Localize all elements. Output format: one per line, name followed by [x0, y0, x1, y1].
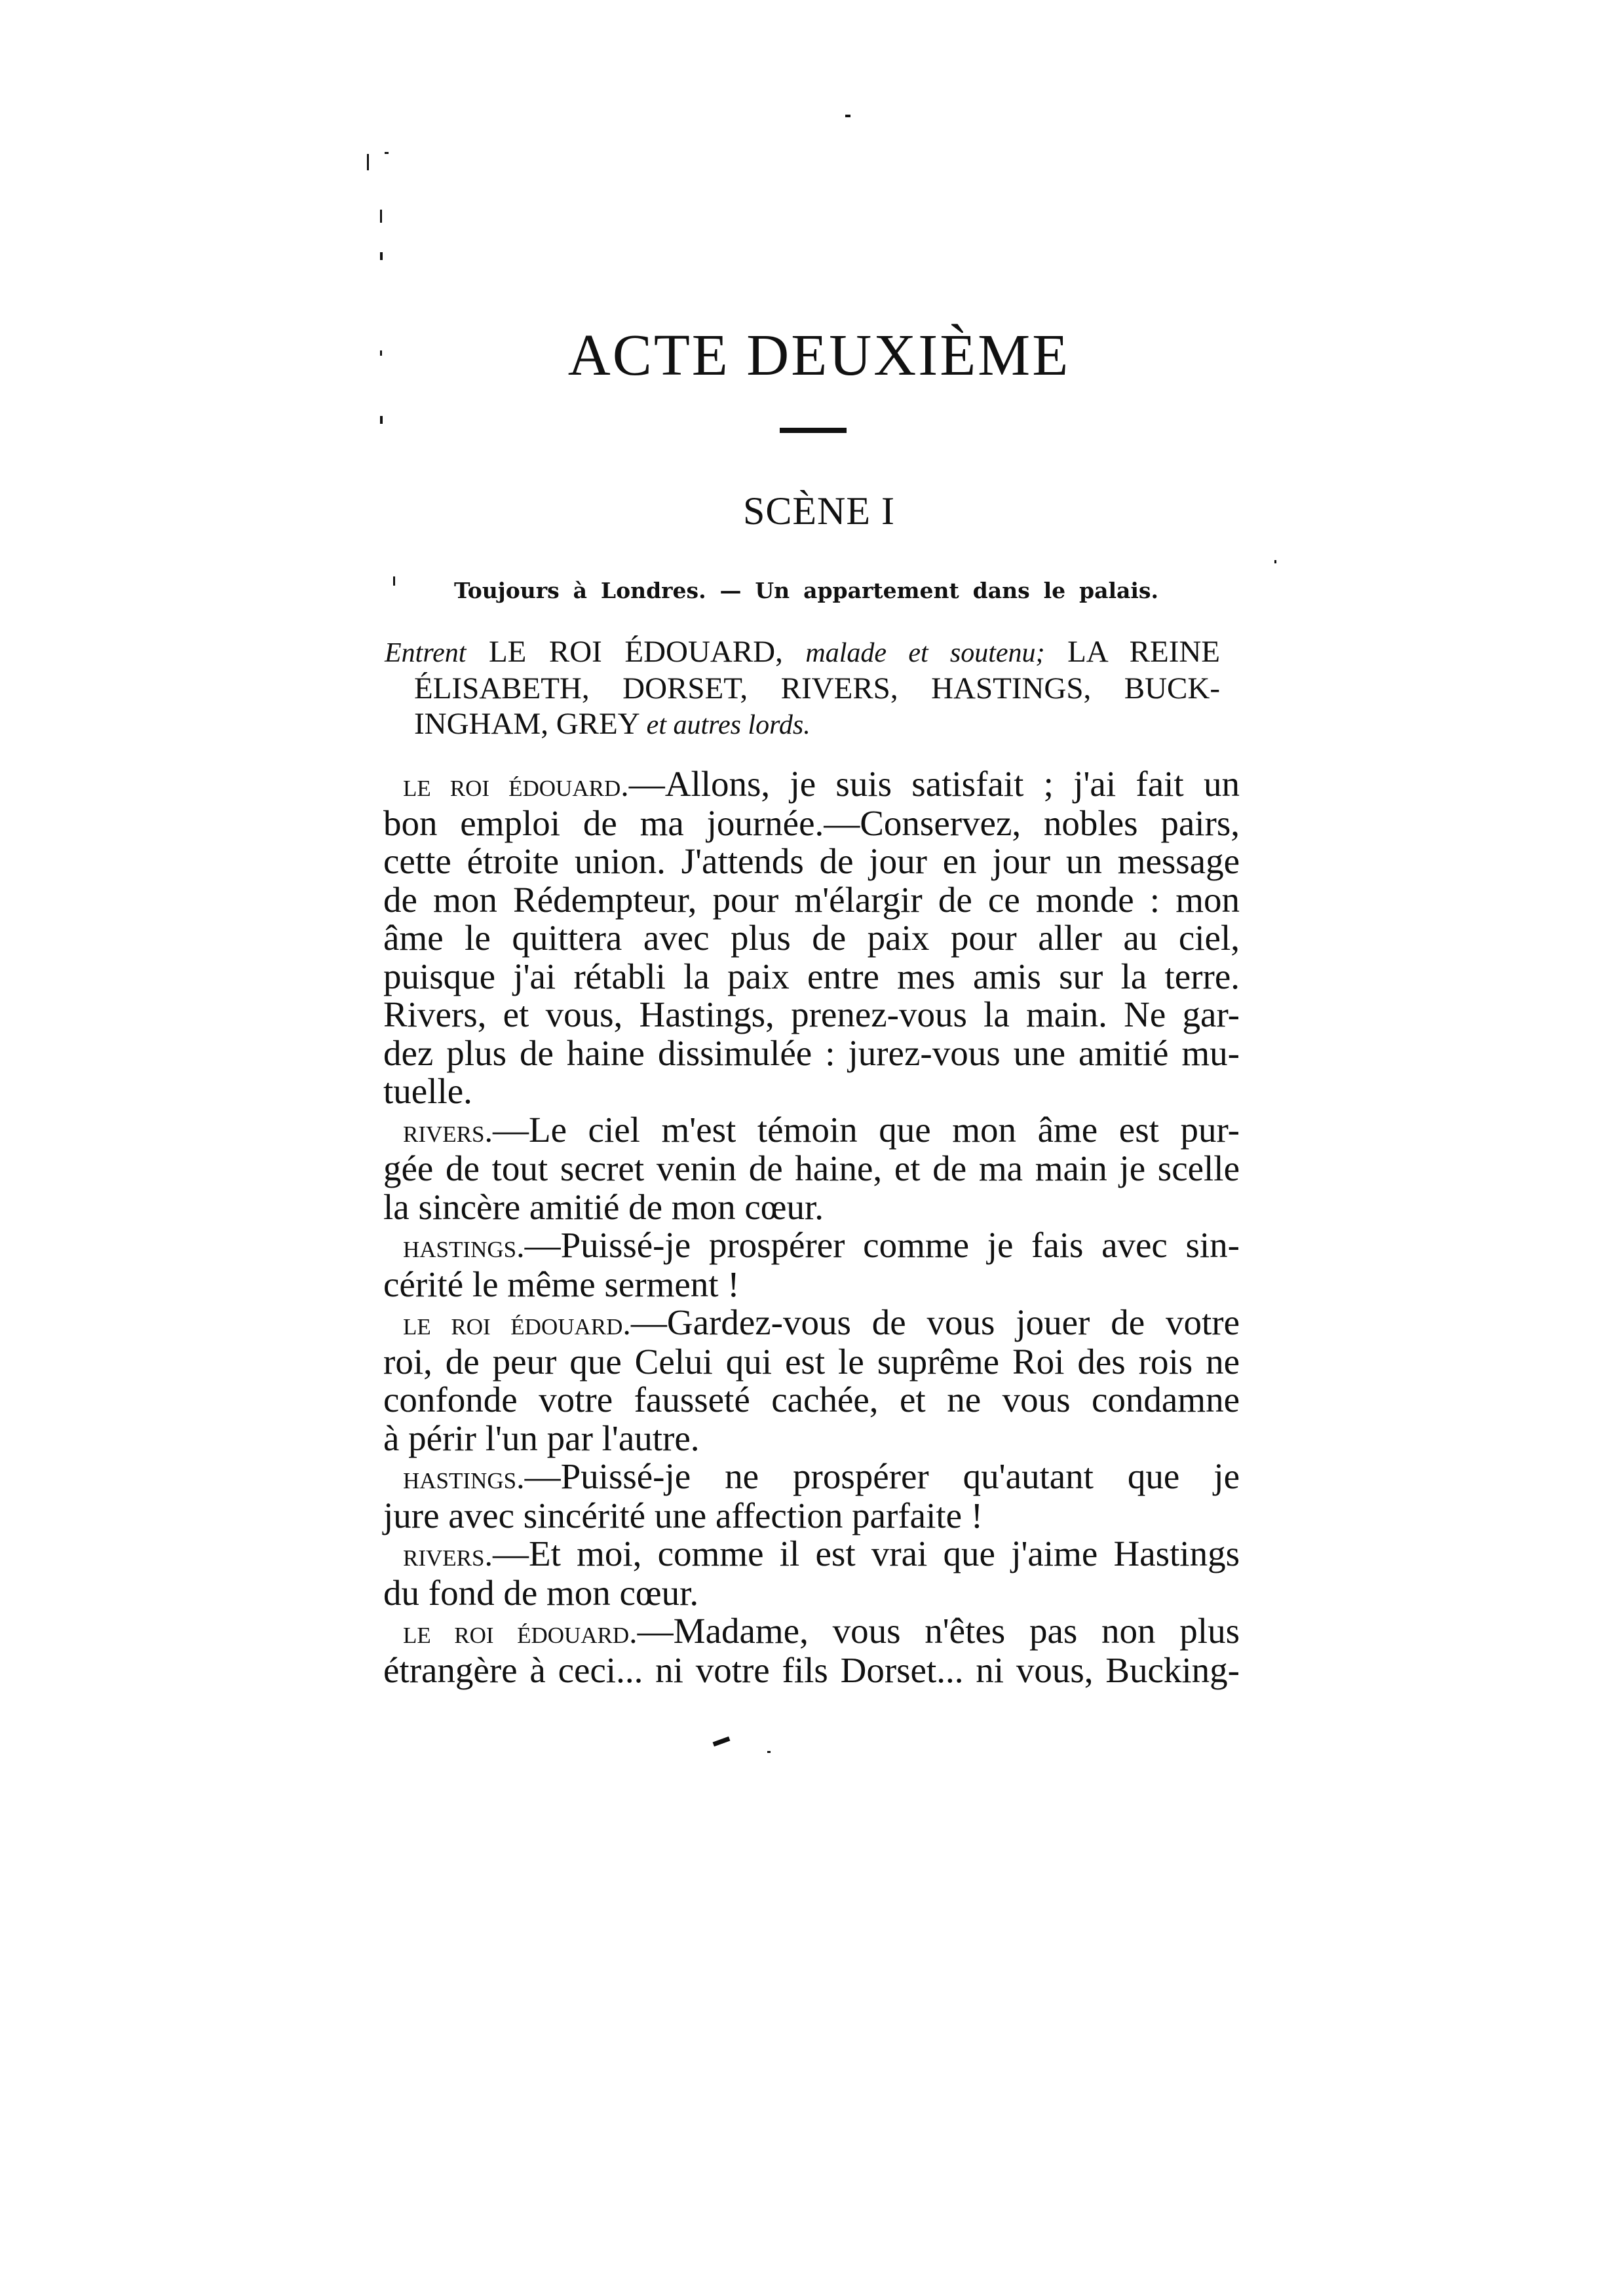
speaker-name: hastings. — [403, 1228, 525, 1264]
speech-line: puisque j'ai rétabli la paix entre mes a… — [383, 958, 1240, 996]
speech-line: dez plus de haine dissimulée : jurez-vou… — [383, 1034, 1240, 1073]
speech-line: âme le quittera avec plus de paix pour a… — [383, 919, 1240, 958]
speech-line: le roi édouard.—Allons, je suis satisfai… — [383, 765, 1240, 804]
speech-line: cette étroite union. J'attends de jour e… — [383, 842, 1240, 881]
scan-speck — [380, 210, 382, 223]
speech-line: gée de tout secret venin de haine, et de… — [383, 1150, 1240, 1188]
speech-line: rivers.—Et moi, comme il est vrai que j'… — [383, 1535, 1240, 1574]
speech-line: le roi édouard.—Gardez-vous de vous joue… — [383, 1304, 1240, 1343]
speech-text: —Le ciel m'est témoin que mon âme est pu… — [493, 1110, 1240, 1150]
dialogue-body: le roi édouard.—Allons, je suis satisfai… — [383, 765, 1240, 1689]
scan-speck — [767, 1751, 771, 1753]
speech-line: hastings.—Puissé-je ne prospérer qu'auta… — [383, 1458, 1240, 1497]
speech-line: rivers.—Le ciel m'est témoin que mon âme… — [383, 1111, 1240, 1150]
speech-text: —Puissé-je ne prospérer qu'autant que je — [525, 1456, 1240, 1496]
speech-line: tuelle. — [383, 1072, 1240, 1111]
speech-line: confonde votre fausseté cachée, et ne vo… — [383, 1381, 1240, 1420]
speech-line: bon emploi de ma journée.—Conservez, nob… — [383, 804, 1240, 843]
scan-speck — [380, 416, 383, 424]
scene-setting: Toujours à Londres. — Un appartement dan… — [454, 576, 1158, 605]
speaker-name: hastings. — [403, 1459, 525, 1496]
speech-text: —Et moi, comme il est vrai que j'aime Ha… — [493, 1534, 1240, 1573]
scene-title-container: SCÈNE I — [498, 490, 1140, 532]
speech-text: —Puissé-je prospérer comme je fais avec … — [525, 1225, 1240, 1265]
speaker-name: rivers. — [403, 1112, 493, 1149]
stage-malade: malade et soutenu; — [805, 638, 1044, 668]
speaker-name: rivers. — [403, 1536, 493, 1573]
speech-text: —Madame, vous n'êtes pas non plus — [638, 1611, 1240, 1651]
scan-speck — [845, 115, 850, 117]
speech-line: hastings.—Puissé-je prospérer comme je f… — [383, 1226, 1240, 1266]
speech-line: cérité le même serment ! — [383, 1266, 1240, 1304]
scan-speck — [380, 350, 382, 356]
speech-line: roi, de peur que Celui qui est le suprêm… — [383, 1343, 1240, 1382]
act-title: ACTE DEUXIÈME — [568, 326, 1070, 385]
scan-speck — [385, 152, 389, 154]
speech-line: de mon Rédempteur, pour m'élargir de ce … — [383, 881, 1240, 920]
scan-speck — [1274, 560, 1276, 563]
scan-speck — [380, 252, 383, 260]
speech-text: —Allons, je suis satisfait ; j'ai fait u… — [629, 764, 1240, 804]
speech-line: le roi édouard.—Madame, vous n'êtes pas … — [383, 1612, 1240, 1651]
scan-speck — [393, 576, 395, 586]
scan-speck — [713, 1737, 731, 1746]
title-divider-rule — [780, 428, 847, 433]
stage-autres: et autres lords. — [647, 710, 811, 740]
stage-names: INGHAM, GREY — [414, 707, 639, 741]
stage-entrent: Entrent — [385, 638, 466, 668]
scene-title: SCÈNE I — [743, 490, 895, 532]
speech-line: du fond de mon cœur. — [383, 1574, 1240, 1613]
stage-roi: LE ROI ÉDOUARD, — [489, 635, 783, 669]
stage-reine: LA REINE — [1067, 635, 1220, 669]
speech-text: —Gardez-vous de vous jouer de votre — [631, 1302, 1240, 1342]
speaker-name: le roi édouard. — [403, 1613, 638, 1650]
stage-direction-line-1: Entrent LE ROI ÉDOUARD, malade et souten… — [385, 634, 1220, 671]
act-title-container: ACTE DEUXIÈME — [498, 326, 1140, 385]
stage-direction-line-2: ÉLISABETH, DORSET, RIVERS, HASTINGS, BUC… — [414, 671, 1220, 706]
speaker-name: le roi édouard. — [403, 1305, 631, 1342]
speech-line: à périr l'un par l'autre. — [383, 1420, 1240, 1458]
speech-line: étrangère à ceci... ni votre fils Dorset… — [383, 1651, 1240, 1690]
speaker-name: le roi édouard. — [403, 766, 629, 803]
stage-direction: Entrent LE ROI ÉDOUARD, malade et souten… — [385, 634, 1220, 743]
speech-line: la sincère amitié de mon cœur. — [383, 1188, 1240, 1227]
stage-direction-line-3: INGHAM, GREY et autres lords. — [414, 706, 1220, 743]
speech-line: jure avec sincérité une affection parfai… — [383, 1497, 1240, 1535]
scan-speck — [367, 154, 369, 170]
speech-line: Rivers, et vous, Hastings, prenez-vous l… — [383, 996, 1240, 1034]
